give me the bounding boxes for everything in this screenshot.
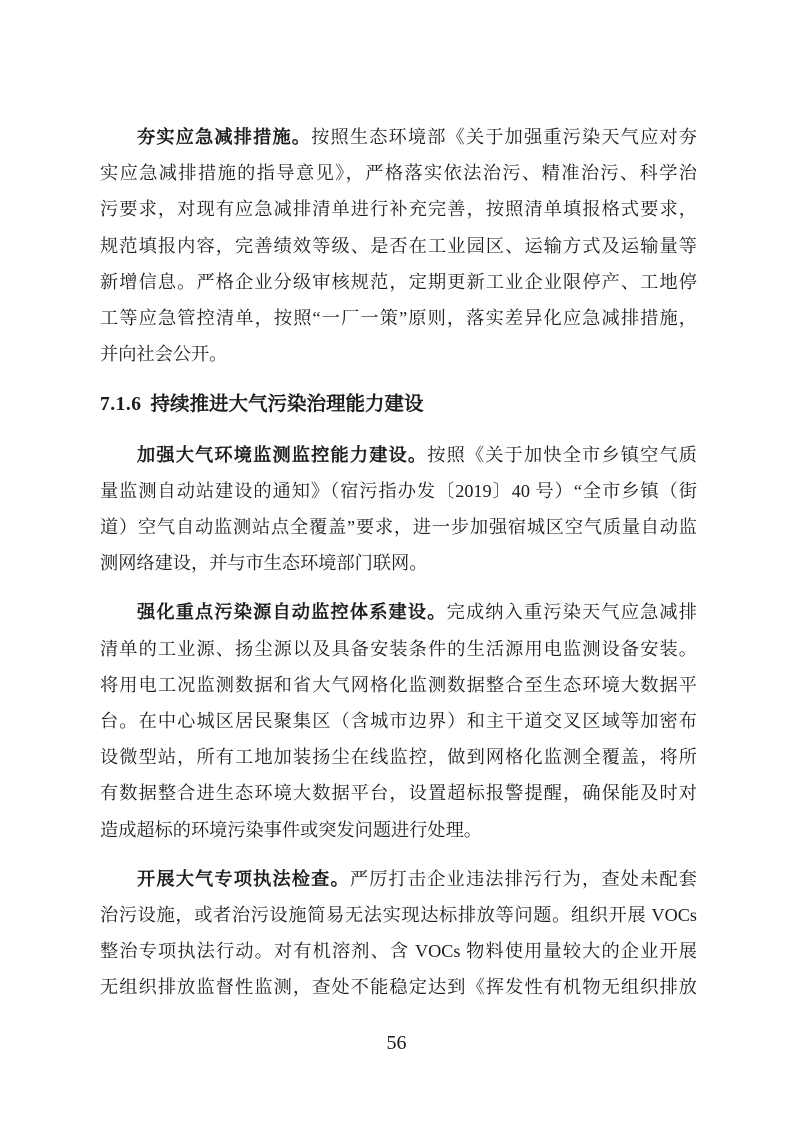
text-line: 整治专项执法行动。对有机溶剂、含 VOCs 物料使用量较大的企业开展 <box>100 933 697 969</box>
text-line: 量监测自动站建设的通知》（宿污指办发〔2019〕40 号）“全市乡镇（街 <box>100 473 697 509</box>
section-heading-7-1-6: 7.1.6持续推进大气污染治理能力建设 <box>100 387 697 423</box>
text-line: 开展大气专项执法检查。严厉打击企业违法排污行为，查处未配套 <box>100 861 697 897</box>
text-line: 夯实应急减排措施。按照生态环境部《关于加强重污染天气应对夯 <box>100 119 697 155</box>
bold-lead: 加强大气环境监测监控能力建设。 <box>137 445 427 465</box>
text-line: 规范填报内容，完善绩效等级、是否在工业园区、运输方式及运输量等 <box>100 228 697 264</box>
text-line: 有数据整合进生态环境大数据平台，设置超标报警提醒，确保能及时对 <box>100 775 697 811</box>
paragraph-monitoring-capacity: 加强大气环境监测监控能力建设。按照《关于加快全市乡镇空气质 量监测自动站建设的通… <box>100 437 697 582</box>
text-line: 实应急减排措施的指导意见》，严格落实依法治污、精准治污、科学治 <box>100 155 697 191</box>
line-text: 按照《关于加快全市乡镇空气质 <box>427 445 697 465</box>
bold-lead: 强化重点污染源自动监控体系建设。 <box>137 602 447 622</box>
line-text: 按照生态环境部《关于加强重污染天气应对夯 <box>311 127 697 147</box>
paragraph-emergency-reduction-measures: 夯实应急减排措施。按照生态环境部《关于加强重污染天气应对夯 实应急减排措施的指导… <box>100 119 697 372</box>
page-number: 56 <box>0 1028 793 1058</box>
section-number: 7.1.6 <box>100 394 142 415</box>
text-line: 污要求，对现有应急减排清单进行补充完善，按照清单填报格式要求， <box>100 191 697 227</box>
text-line: 设微型站，所有工地加装扬尘在线监控，做到网格化监测全覆盖，将所 <box>100 739 697 775</box>
bold-lead: 夯实应急减排措施。 <box>137 127 311 147</box>
text-line: 测网络建设，并与市生态环境部门联网。 <box>100 545 697 581</box>
text-line: 并向社会公开。 <box>100 336 697 372</box>
paragraph-auto-monitoring-system: 强化重点污染源自动监控体系建设。完成纳入重污染天气应急减排 清单的工业源、扬尘源… <box>100 594 697 847</box>
document-page: 夯实应急减排措施。按照生态环境部《关于加强重污染天气应对夯 实应急减排措施的指导… <box>0 0 793 1122</box>
text-line: 造成超标的环境污染事件或突发问题进行处理。 <box>100 812 697 848</box>
text-line: 新增信息。严格企业分级审核规范，定期更新工业企业限停产、工地停 <box>100 264 697 300</box>
bold-lead: 开展大气专项执法检查。 <box>137 869 350 889</box>
page-body: 夯实应急减排措施。按照生态环境部《关于加强重污染天气应对夯 实应急减排措施的指导… <box>100 119 697 1006</box>
paragraph-enforcement-inspection: 开展大气专项执法检查。严厉打击企业违法排污行为，查处未配套 治污设施，或者治污设… <box>100 861 697 1006</box>
text-line: 强化重点污染源自动监控体系建设。完成纳入重污染天气应急减排 <box>100 594 697 630</box>
text-line: 将用电工况监测数据和省大气网格化监测数据整合至生态环境大数据平 <box>100 667 697 703</box>
line-text: 完成纳入重污染天气应急减排 <box>447 602 697 622</box>
text-line: 治污设施，或者治污设施简易无法实现达标排放等问题。组织开展 VOCs <box>100 897 697 933</box>
text-line: 道）空气自动监测站点全覆盖”要求，进一步加强宿城区空气质量自动监 <box>100 509 697 545</box>
section-title: 持续推进大气污染治理能力建设 <box>151 394 424 415</box>
text-line: 加强大气环境监测监控能力建设。按照《关于加快全市乡镇空气质 <box>100 437 697 473</box>
text-line: 清单的工业源、扬尘源以及具备安装条件的生活源用电监测设备安装。 <box>100 631 697 667</box>
line-text: 严厉打击企业违法排污行为，查处未配套 <box>350 869 697 889</box>
text-line: 台。在中心城区居民聚集区（含城市边界）和主干道交叉区域等加密布 <box>100 703 697 739</box>
text-line: 工等应急管控清单，按照“一厂一策”原则，落实差异化应急减排措施， <box>100 300 697 336</box>
text-line: 无组织排放监督性监测，查处不能稳定达到《挥发性有机物无组织排放 <box>100 969 697 1005</box>
